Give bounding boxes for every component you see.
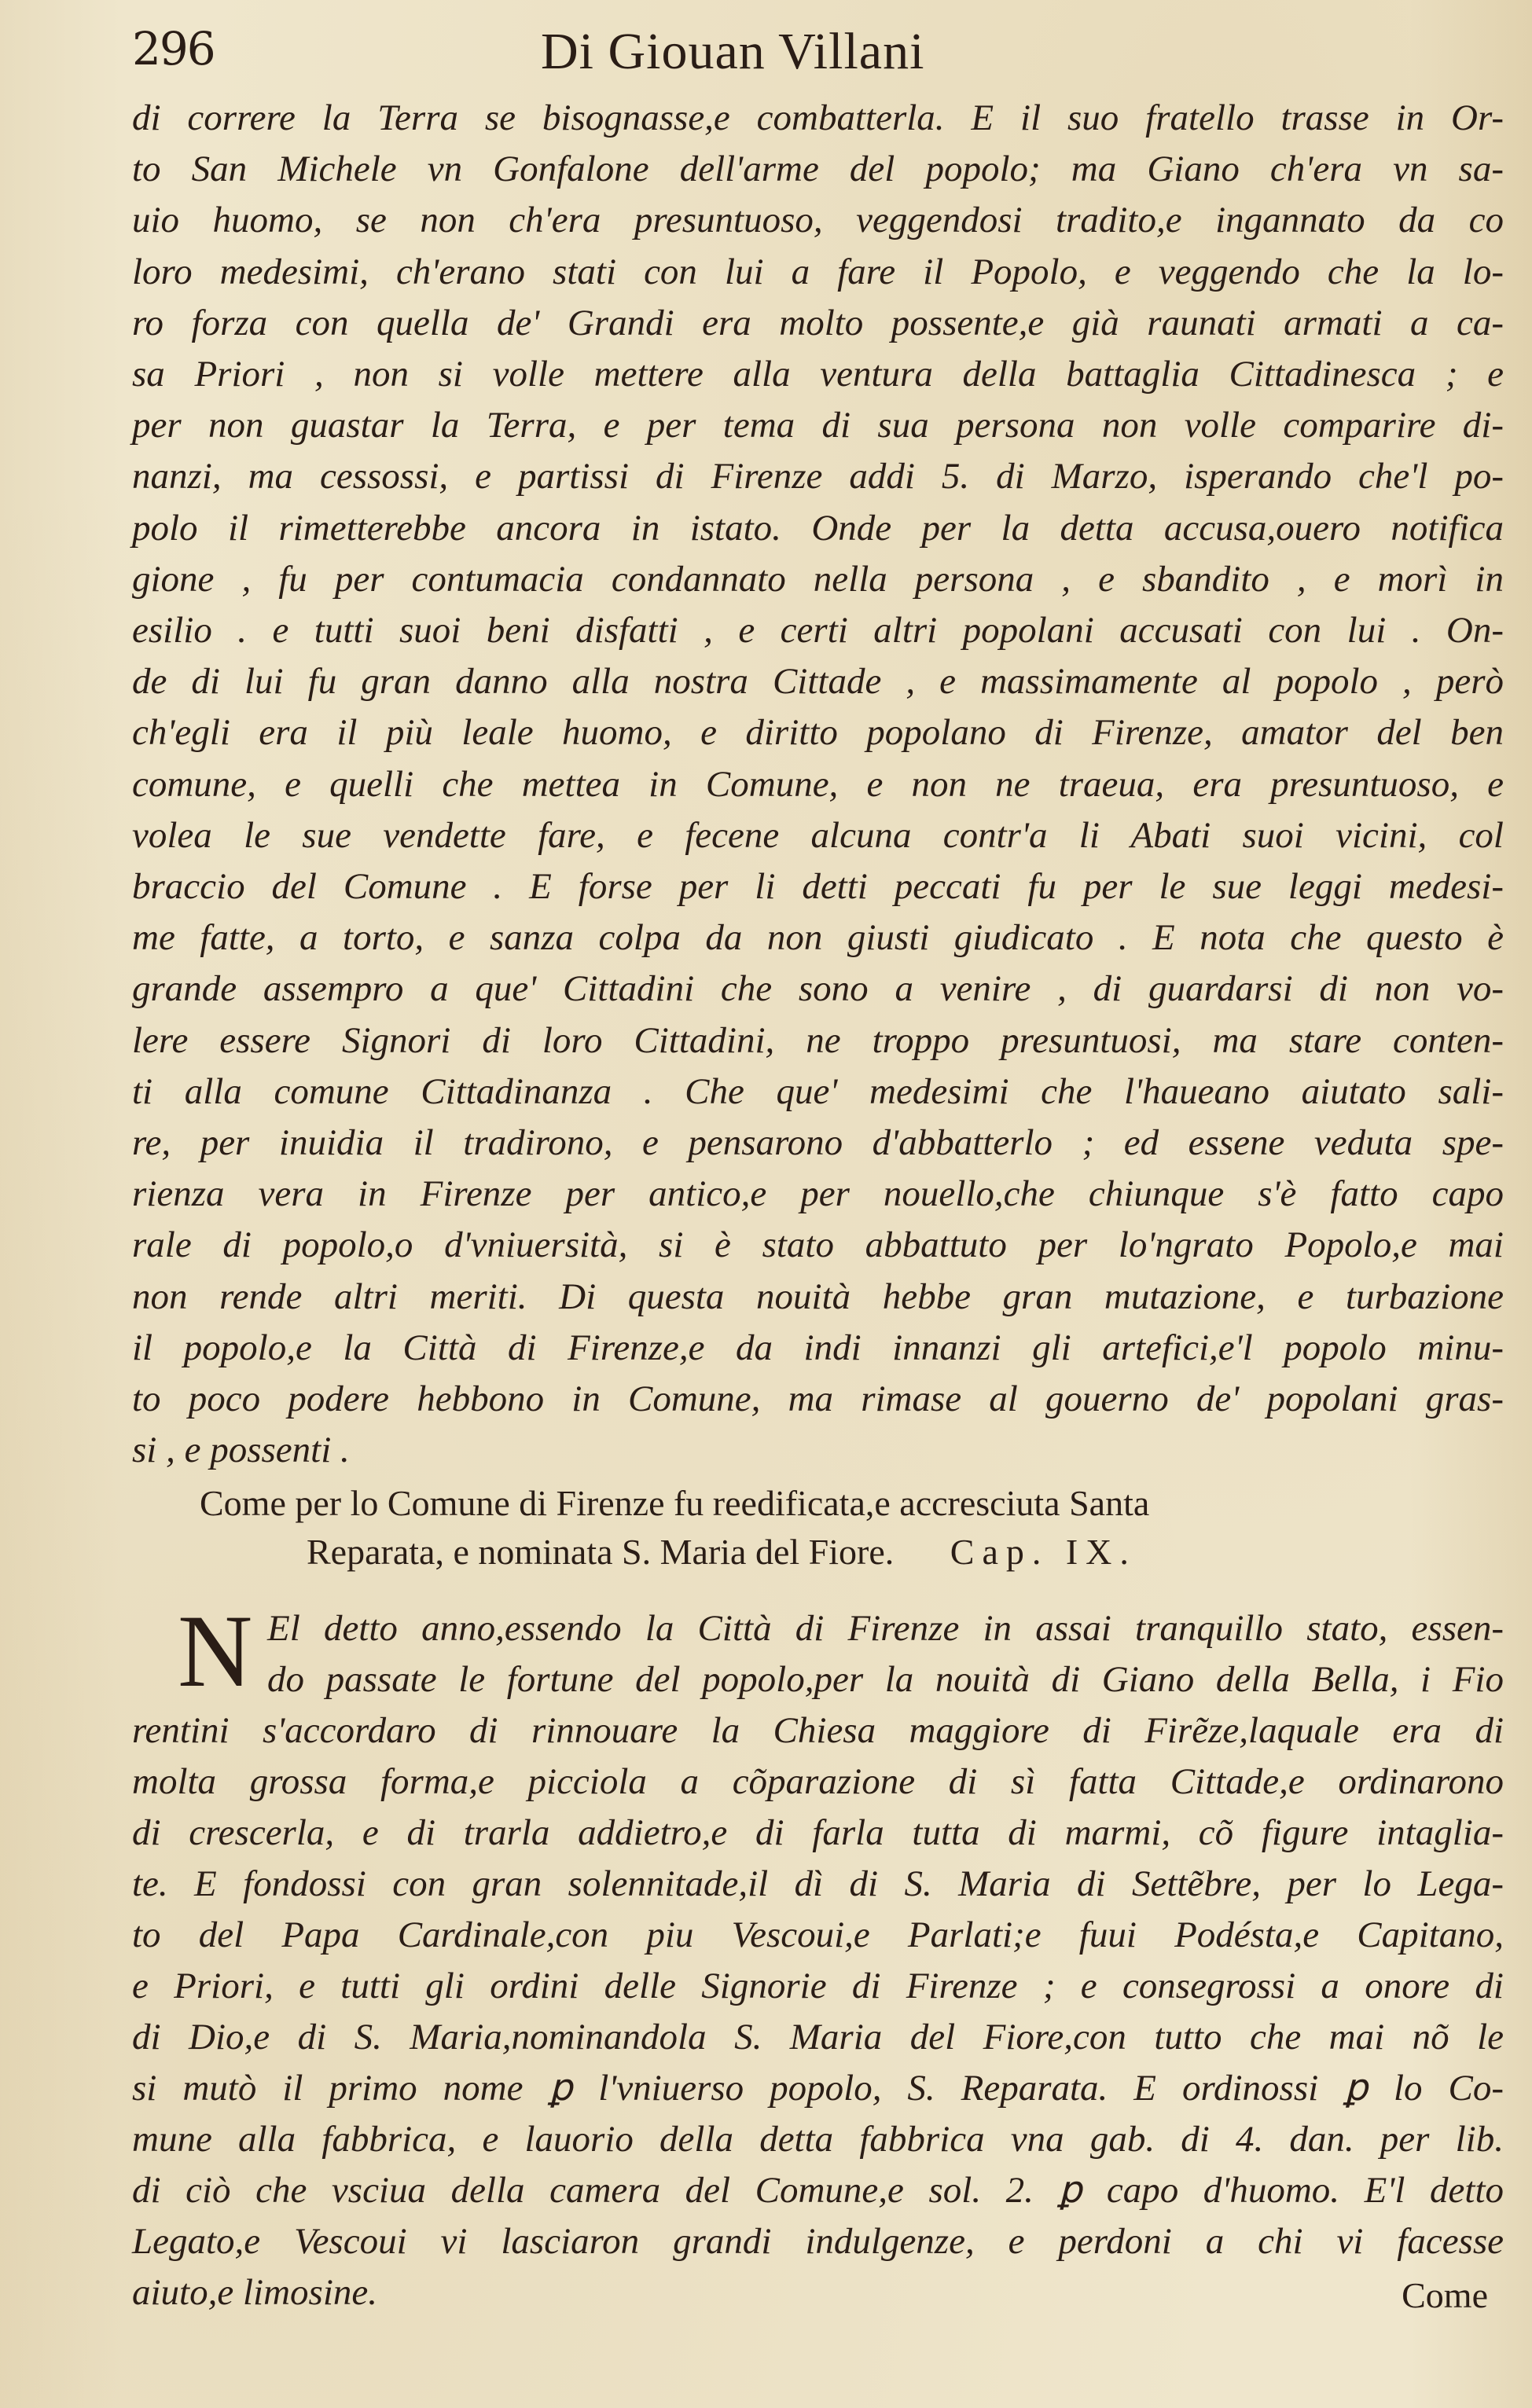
text-line: ti alla comune Cittadinanza . Che que' m… <box>132 1066 1504 1118</box>
text-line: non rende altri meriti. Di questa nouità… <box>132 1272 1504 1323</box>
text-line: me fatte, a torto, e sanza colpa da non … <box>132 912 1504 964</box>
text-line: mune alla fabbrica, e lauorio della dett… <box>132 2114 1504 2165</box>
running-title: Di Giouan Villani <box>541 22 924 82</box>
text-line: polo il rimetterebbe ancora in istato. O… <box>132 503 1504 554</box>
text-line: di correre la Terra se bisognasse,e comb… <box>132 93 1504 144</box>
text-line: e Priori, e tutti gli ordini delle Signo… <box>132 1961 1504 2012</box>
text-line: di ciò che vsciua della camera del Comun… <box>132 2165 1504 2216</box>
continued-paragraph: di correre la Terra se bisognasse,e comb… <box>132 93 1504 1476</box>
text-line: braccio del Comune . E forse per li dett… <box>132 861 1504 912</box>
chapter-title-text: Reparata, e nominata S. Maria del Fiore. <box>307 1532 894 1572</box>
text-line: rale di popolo,o d'vniuersità, si è stat… <box>132 1220 1504 1271</box>
drop-cap: N <box>178 1608 252 1694</box>
catchword: Come <box>1402 2274 1488 2316</box>
text-line: rienza vera in Firenze per antico,e per … <box>132 1169 1504 1220</box>
chapter-paragraph: N El detto anno,essendo la Città di Fire… <box>132 1603 1504 2318</box>
chapter-number: Cap. IX. <box>950 1532 1137 1572</box>
text-line: sa Priori , non si volle mettere alla ve… <box>132 349 1504 400</box>
text-line: grande assempro a que' Cittadini che son… <box>132 964 1504 1015</box>
running-head: 296 Di Giouan Villani <box>132 22 1468 93</box>
text-line: to poco podere hebbono in Comune, ma rim… <box>132 1374 1504 1425</box>
text-line: il popolo,e la Città di Firenze,e da ind… <box>132 1323 1504 1374</box>
text-line: te. E fondossi con gran solennitade,il d… <box>132 1859 1504 1910</box>
chapter-heading: Come per lo Comune di Firenze fu reedifi… <box>132 1479 1504 1577</box>
chapter-title-line-1: Come per lo Comune di Firenze fu reedifi… <box>132 1479 1504 1528</box>
text-line: comune, e quelli che mettea in Comune, e… <box>132 759 1504 810</box>
text-line: ro forza con quella de' Grandi era molto… <box>132 298 1504 349</box>
text-line: per non guastar la Terra, e per tema di … <box>132 400 1504 451</box>
text-line: do passate le fortune del popolo,per la … <box>132 1654 1504 1705</box>
text-line: to San Michele vn Gonfalone dell'arme de… <box>132 144 1504 195</box>
text-line: re, per inuidia il tradirono, e pensaron… <box>132 1118 1504 1169</box>
page-number: 296 <box>132 22 215 75</box>
text-line: de di lui fu gran danno alla nostra Citt… <box>132 656 1504 707</box>
text-line: nanzi, ma cessossi, e partissi di Firenz… <box>132 451 1504 502</box>
text-line: esilio . e tutti suoi beni disfatti , e … <box>132 605 1504 656</box>
text-line: di crescerla, e di trarla addietro,e di … <box>132 1808 1504 1859</box>
text-line: di Dio,e di S. Maria,nominandola S. Mari… <box>132 2012 1504 2063</box>
text-line: molta grossa forma,e picciola a cõparazi… <box>132 1756 1504 1808</box>
text-line: to del Papa Cardinale,con piu Vescoui,e … <box>132 1910 1504 1961</box>
book-page: 296 Di Giouan Villani di correre la Terr… <box>0 0 1532 2408</box>
text-line: Legato,e Vescoui vi lasciaron grandi ind… <box>132 2216 1504 2267</box>
text-line: gione , fu per contumacia condannato nel… <box>132 554 1504 605</box>
text-line: lere essere Signori di loro Cittadini, n… <box>132 1015 1504 1066</box>
text-line: si mutò il primo nome ꝑ l'vniuerso popol… <box>132 2063 1504 2114</box>
text-line: uio huomo, se non ch'era presuntuoso, ve… <box>132 195 1504 246</box>
text-line: ch'egli era il più leale huomo, e diritt… <box>132 707 1504 758</box>
text-line: volea le sue vendette fare, e fecene alc… <box>132 810 1504 861</box>
text-line: si , e possenti . <box>132 1425 1504 1476</box>
text-line: aiuto,e limosine. <box>132 2267 1504 2318</box>
text-line: El detto anno,essendo la Città di Firenz… <box>132 1603 1504 1654</box>
text-line: rentini s'accordaro di rinnouare la Chie… <box>132 1705 1504 1756</box>
text-line: loro medesimi, ch'erano stati con lui a … <box>132 247 1504 298</box>
chapter-title-line-2: Reparata, e nominata S. Maria del Fiore.… <box>132 1528 1504 1577</box>
